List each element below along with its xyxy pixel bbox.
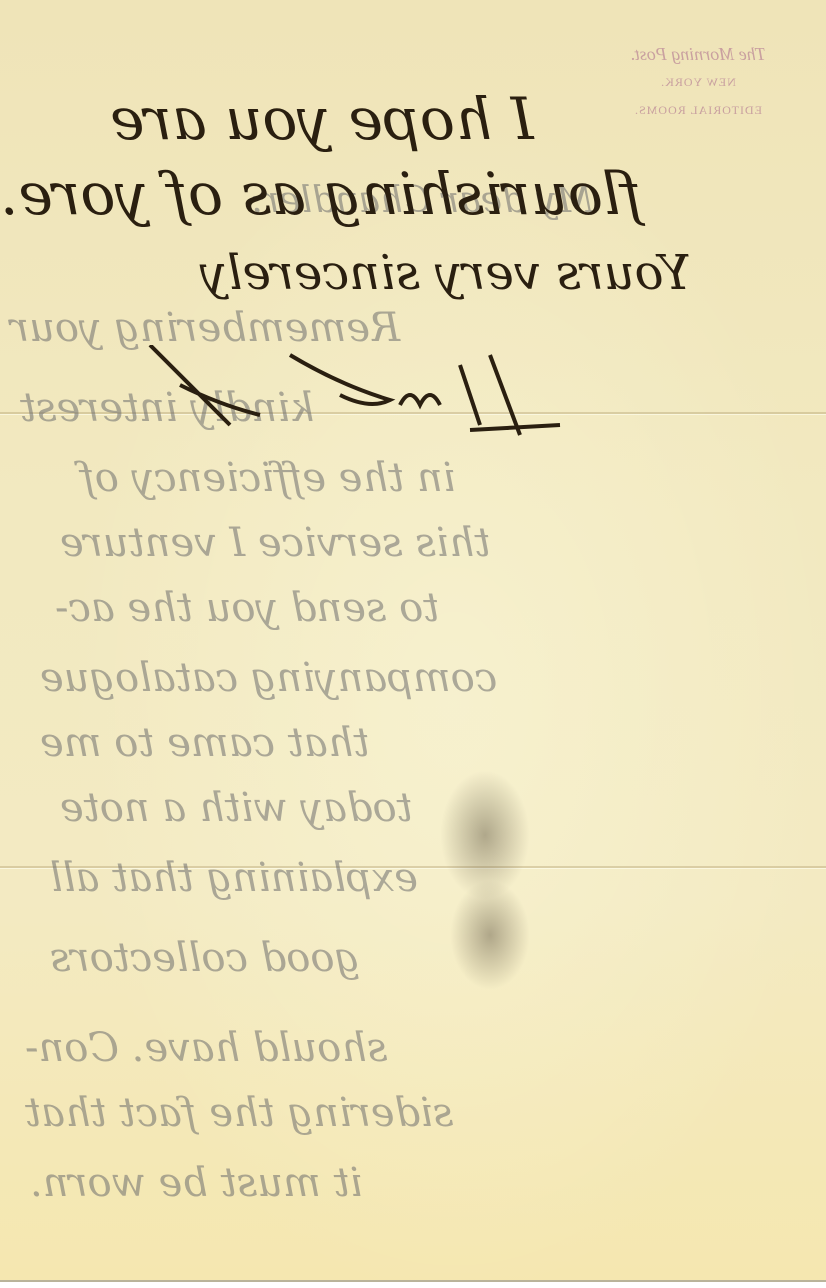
- scan-bottom-edge: [0, 1280, 826, 1288]
- pencil-line: in the efficiency of: [80, 455, 456, 501]
- letterhead-title: The Morning Post.: [588, 40, 808, 68]
- ink-line-hope: I hope you are: [110, 85, 534, 153]
- signature-glyph: [140, 345, 570, 445]
- pencil-line: today with a note: [60, 785, 413, 831]
- ink-line-flourishing: flourishing as of yore.: [0, 160, 642, 228]
- letterhead-city: NEW YORK.: [588, 68, 808, 96]
- letter-page: The Morning Post. NEW YORK. EDITORIAL RO…: [0, 0, 826, 1280]
- pencil-line: sidering the fact that: [25, 1090, 453, 1136]
- signature: H. Wright: [140, 345, 570, 445]
- ink-line-closing: Yours very sincerely: [200, 245, 691, 301]
- letterhead: The Morning Post. NEW YORK. EDITORIAL RO…: [588, 40, 808, 124]
- pencil-line: this service I venture: [60, 520, 491, 566]
- pencil-line: should have. Con-: [25, 1025, 388, 1071]
- pencil-line: good collectors: [50, 935, 360, 981]
- pencil-line: that came to me: [40, 720, 370, 766]
- pencil-line: companying catalogue: [40, 655, 497, 701]
- pencil-line: to send you the ac-: [55, 585, 439, 631]
- pencil-line: explaining that all: [50, 855, 418, 901]
- smudge-lower: [450, 880, 530, 990]
- letterhead-dept: EDITORIAL ROOMS.: [588, 96, 808, 124]
- pencil-line: it must be worn.: [30, 1160, 363, 1206]
